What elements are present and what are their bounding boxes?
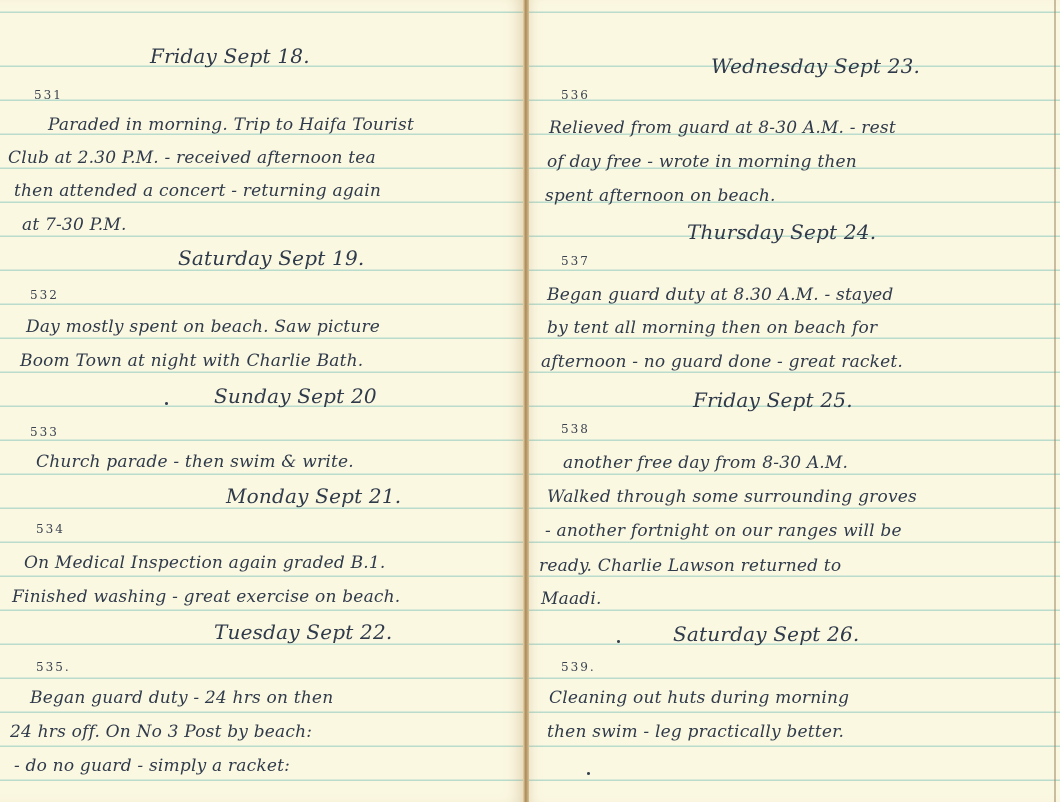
- entry-number: 532: [30, 288, 59, 302]
- entry-number: 537: [561, 254, 590, 268]
- entry-line: by tent all morning then on beach for: [547, 318, 877, 338]
- entry-number: 535.: [36, 660, 71, 674]
- entry-line: Walked through some surrounding groves: [547, 487, 917, 507]
- entry-number: 536: [561, 88, 590, 102]
- entry-line: Paraded in morning. Trip to Haifa Touris…: [48, 115, 414, 135]
- entry-line: Club at 2.30 P.M. - received afternoon t…: [8, 148, 376, 168]
- entry-line: Began guard duty at 8.30 A.M. - stayed: [547, 285, 893, 305]
- entry-line: at 7-30 P.M.: [22, 215, 127, 235]
- entry-line: Day mostly spent on beach. Saw picture: [26, 317, 380, 337]
- entry-heading: Sunday Sept 20: [214, 384, 377, 408]
- entry-number: 538: [561, 422, 590, 436]
- entry-line: afternoon - no guard done - great racket…: [541, 352, 903, 372]
- entry-line: then swim - leg practically better.: [547, 722, 844, 742]
- entry-line: then attended a concert - returning agai…: [14, 181, 381, 201]
- book-binding-gutter: [523, 0, 529, 802]
- entry-heading: Friday Sept 25.: [693, 388, 853, 412]
- ink-speck: [587, 772, 590, 775]
- entry-number: 534: [36, 522, 65, 536]
- entry-line: Boom Town at night with Charlie Bath.: [20, 351, 363, 371]
- entry-line: - another fortnight on our ranges will b…: [545, 521, 902, 541]
- entry-line: Maadi.: [541, 589, 602, 609]
- entry-line: Began guard duty - 24 hrs on then: [30, 688, 333, 708]
- ink-speck: [165, 402, 168, 405]
- page-edge: [1054, 0, 1056, 802]
- entry-line: Cleaning out huts during morning: [549, 688, 849, 708]
- entry-line: Finished washing - great exercise on bea…: [12, 587, 400, 607]
- right-page: Wednesday Sept 23. 536 Relieved from gua…: [525, 0, 1060, 802]
- entry-line: Church parade - then swim & write.: [36, 452, 354, 472]
- entry-line: On Medical Inspection again graded B.1.: [24, 553, 386, 573]
- ink-speck: [617, 640, 620, 643]
- entry-number: 531: [34, 88, 63, 102]
- entry-line: 24 hrs off. On No 3 Post by beach:: [10, 722, 312, 742]
- entry-line: spent afternoon on beach.: [545, 186, 776, 206]
- entry-heading: Monday Sept 21.: [226, 484, 401, 508]
- entry-line: Relieved from guard at 8-30 A.M. - rest: [549, 118, 896, 138]
- entry-heading: Saturday Sept 26.: [673, 622, 859, 646]
- diary-spread: Friday Sept 18. 531 Paraded in morning. …: [0, 0, 1060, 802]
- entry-heading: Saturday Sept 19.: [178, 246, 364, 270]
- entry-line: - do no guard - simply a racket:: [14, 756, 290, 776]
- entry-heading: Thursday Sept 24.: [687, 220, 876, 244]
- entry-heading: Tuesday Sept 22.: [214, 620, 392, 644]
- entry-line: ready. Charlie Lawson returned to: [539, 556, 841, 576]
- left-page: Friday Sept 18. 531 Paraded in morning. …: [0, 0, 525, 802]
- entry-number: 539.: [561, 660, 596, 674]
- entry-line: of day free - wrote in morning then: [547, 152, 857, 172]
- entry-number: 533: [30, 425, 59, 439]
- entry-line: another free day from 8-30 A.M.: [563, 453, 848, 473]
- entry-heading: Wednesday Sept 23.: [711, 54, 920, 78]
- entry-heading: Friday Sept 18.: [150, 44, 310, 68]
